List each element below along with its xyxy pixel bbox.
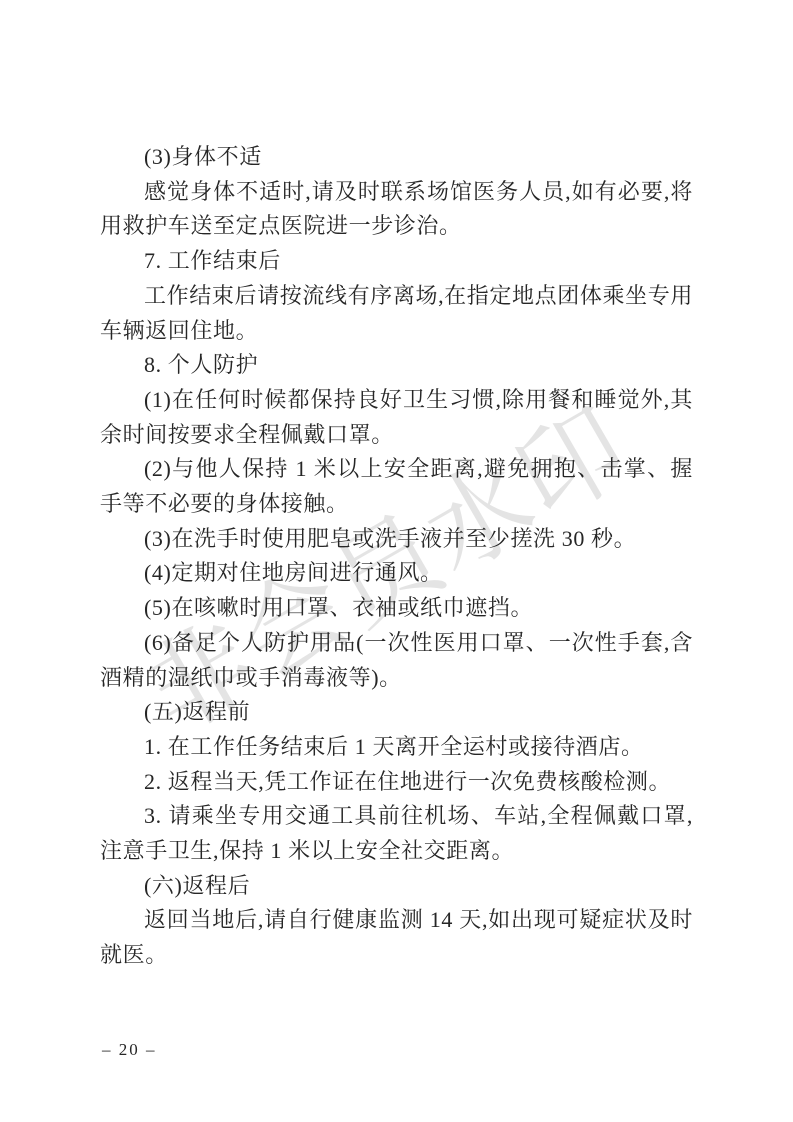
paragraph: (4)定期对住地房间进行通风。 xyxy=(100,556,693,591)
paragraph: 2. 返程当天,凭工作证在住地进行一次免费核酸检测。 xyxy=(100,765,693,800)
paragraph: 8. 个人防护 xyxy=(100,348,693,383)
paragraph: (1)在任何时候都保持良好卫生习惯,除用餐和睡觉外,其余时间按要求全程佩戴口罩。 xyxy=(100,383,693,452)
paragraph: (2)与他人保持 1 米以上安全距离,避免拥抱、击掌、握手等不必要的身体接触。 xyxy=(100,452,693,521)
paragraph: (3)在洗手时使用肥皂或洗手液并至少搓洗 30 秒。 xyxy=(100,522,693,557)
paragraph: 1. 在工作任务结束后 1 天离开全运村或接待酒店。 xyxy=(100,730,693,765)
paragraph: 返回当地后,请自行健康监测 14 天,如出现可疑症状及时就医。 xyxy=(100,903,693,972)
paragraph: 感觉身体不适时,请及时联系场馆医务人员,如有必要,将用救护车送至定点医院进一步诊… xyxy=(100,175,693,244)
document-content: (3)身体不适感觉身体不适时,请及时联系场馆医务人员,如有必要,将用救护车送至定… xyxy=(100,140,693,973)
paragraph: 3. 请乘坐专用交通工具前往机场、车站,全程佩戴口罩,注意手卫生,保持 1 米以… xyxy=(100,799,693,868)
paragraph: (5)在咳嗽时用口罩、衣袖或纸巾遮挡。 xyxy=(100,591,693,626)
paragraph: (3)身体不适 xyxy=(100,140,693,175)
paragraph: (五)返程前 xyxy=(100,695,693,730)
page-number: – 20 – xyxy=(102,1040,157,1060)
paragraph: 7. 工作结束后 xyxy=(100,244,693,279)
paragraph: (6)备足个人防护用品(一次性医用口罩、一次性手套,含酒精的湿纸巾或手消毒液等)… xyxy=(100,626,693,695)
document-page: 非会员水印 (3)身体不适感觉身体不适时,请及时联系场馆医务人员,如有必要,将用… xyxy=(0,0,793,1122)
paragraph: 工作结束后请按流线有序离场,在指定地点团体乘坐专用车辆返回住地。 xyxy=(100,279,693,348)
paragraph: (六)返程后 xyxy=(100,869,693,904)
